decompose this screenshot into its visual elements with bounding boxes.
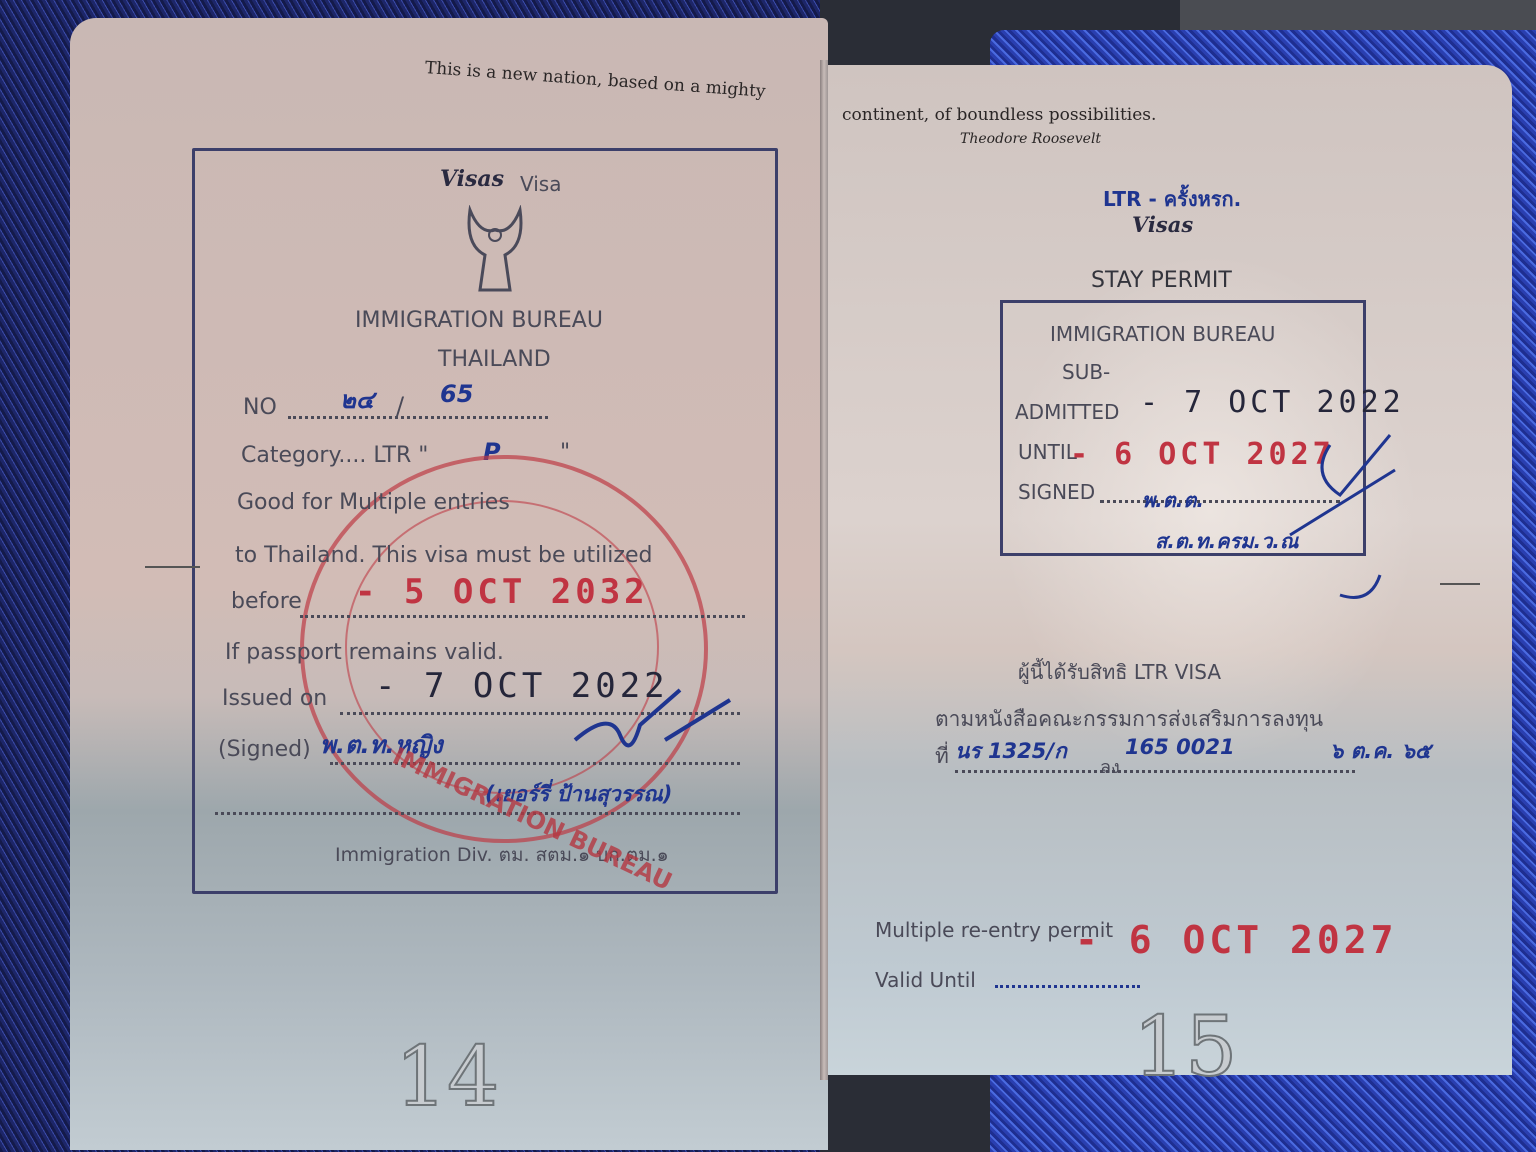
stay-permit-sub: SUB- xyxy=(1062,360,1110,384)
stay-signer-rank: พ.ต.ต. xyxy=(1142,484,1204,516)
handwritten-ltr-note: LTR - ครั้งหรก. xyxy=(1103,183,1241,215)
ltr-date-thai: ๖ ต.ค. ๖๕ xyxy=(1330,735,1431,768)
page-margin-line-right xyxy=(1440,583,1480,585)
garuda-emblem-icon xyxy=(460,205,530,295)
ltr-note-line1: ผู้นี้ได้รับสิทธิ LTR VISA xyxy=(1018,656,1221,688)
visa-issued-label: Issued on xyxy=(222,686,327,711)
signature-left-icon xyxy=(570,680,740,770)
until-label: UNTIL xyxy=(1018,440,1077,464)
visa-valid-line: If passport remains valid. xyxy=(225,640,504,665)
quote-author: Theodore Roosevelt xyxy=(960,131,1101,147)
ltr-ref-label: ที่ xyxy=(935,740,949,773)
admitted-label: ADMITTED xyxy=(1015,400,1119,424)
page-number-left: 14 xyxy=(395,1030,499,1125)
ltr-date-label: ลง xyxy=(1100,752,1120,781)
right-visas-heading: Visas xyxy=(1132,212,1193,237)
visa-category-label: Category.... LTR " xyxy=(241,443,428,468)
visa-no-year: 65 xyxy=(440,380,473,408)
visa-no-dotline xyxy=(288,416,548,419)
visa-line-good: Good for Multiple entries xyxy=(237,490,510,515)
visa-no-label: NO xyxy=(243,395,277,420)
visa-before-label: before xyxy=(231,589,302,614)
stay-signed-label: SIGNED xyxy=(1018,480,1095,504)
reentry-valid-date: - 6 OCT 2027 xyxy=(1075,918,1398,962)
reentry-dotline xyxy=(995,985,1140,988)
quote-right-line: continent, of boundless possibilities. xyxy=(842,105,1156,125)
ltr-note-line2: ตามหนังสือคณะกรรมการส่งเสริมการลงทุน xyxy=(935,703,1323,736)
visa-signed-label: (Signed) xyxy=(218,737,311,762)
page-margin-line-left xyxy=(145,566,200,568)
page-number-right: 15 xyxy=(1133,1000,1237,1095)
visa-issuer-line1: IMMIGRATION BUREAU xyxy=(355,308,603,333)
admitted-date: - 7 OCT 2022 xyxy=(1140,385,1405,420)
stay-permit-issuer: IMMIGRATION BUREAU xyxy=(1050,322,1275,346)
visa-name-dotline xyxy=(215,812,740,815)
visa-no-value: ๒๔ xyxy=(340,380,374,419)
stay-permit-title: STAY PERMIT xyxy=(1091,268,1232,293)
visa-before-dotline xyxy=(300,615,745,618)
visa-heading: Visas xyxy=(440,166,504,192)
ltr-date-value: 165 0021 xyxy=(1125,735,1235,759)
visa-no-slash: / xyxy=(396,392,404,420)
signature-right-icon xyxy=(1270,425,1400,615)
visa-category-close: " xyxy=(560,440,570,465)
passport-gutter xyxy=(820,60,828,1080)
ltr-dotline xyxy=(955,770,1355,773)
visa-heading-sub: Visa xyxy=(520,172,561,196)
reentry-valid-label: Valid Until xyxy=(875,968,976,992)
ltr-ref-value: นร 1325/ก xyxy=(955,735,1067,768)
visa-before-date: - 5 OCT 2032 xyxy=(355,572,649,612)
visa-line-to: to Thailand. This visa must be utilized xyxy=(235,543,652,568)
visa-issuer-line2: THAILAND xyxy=(438,347,551,372)
